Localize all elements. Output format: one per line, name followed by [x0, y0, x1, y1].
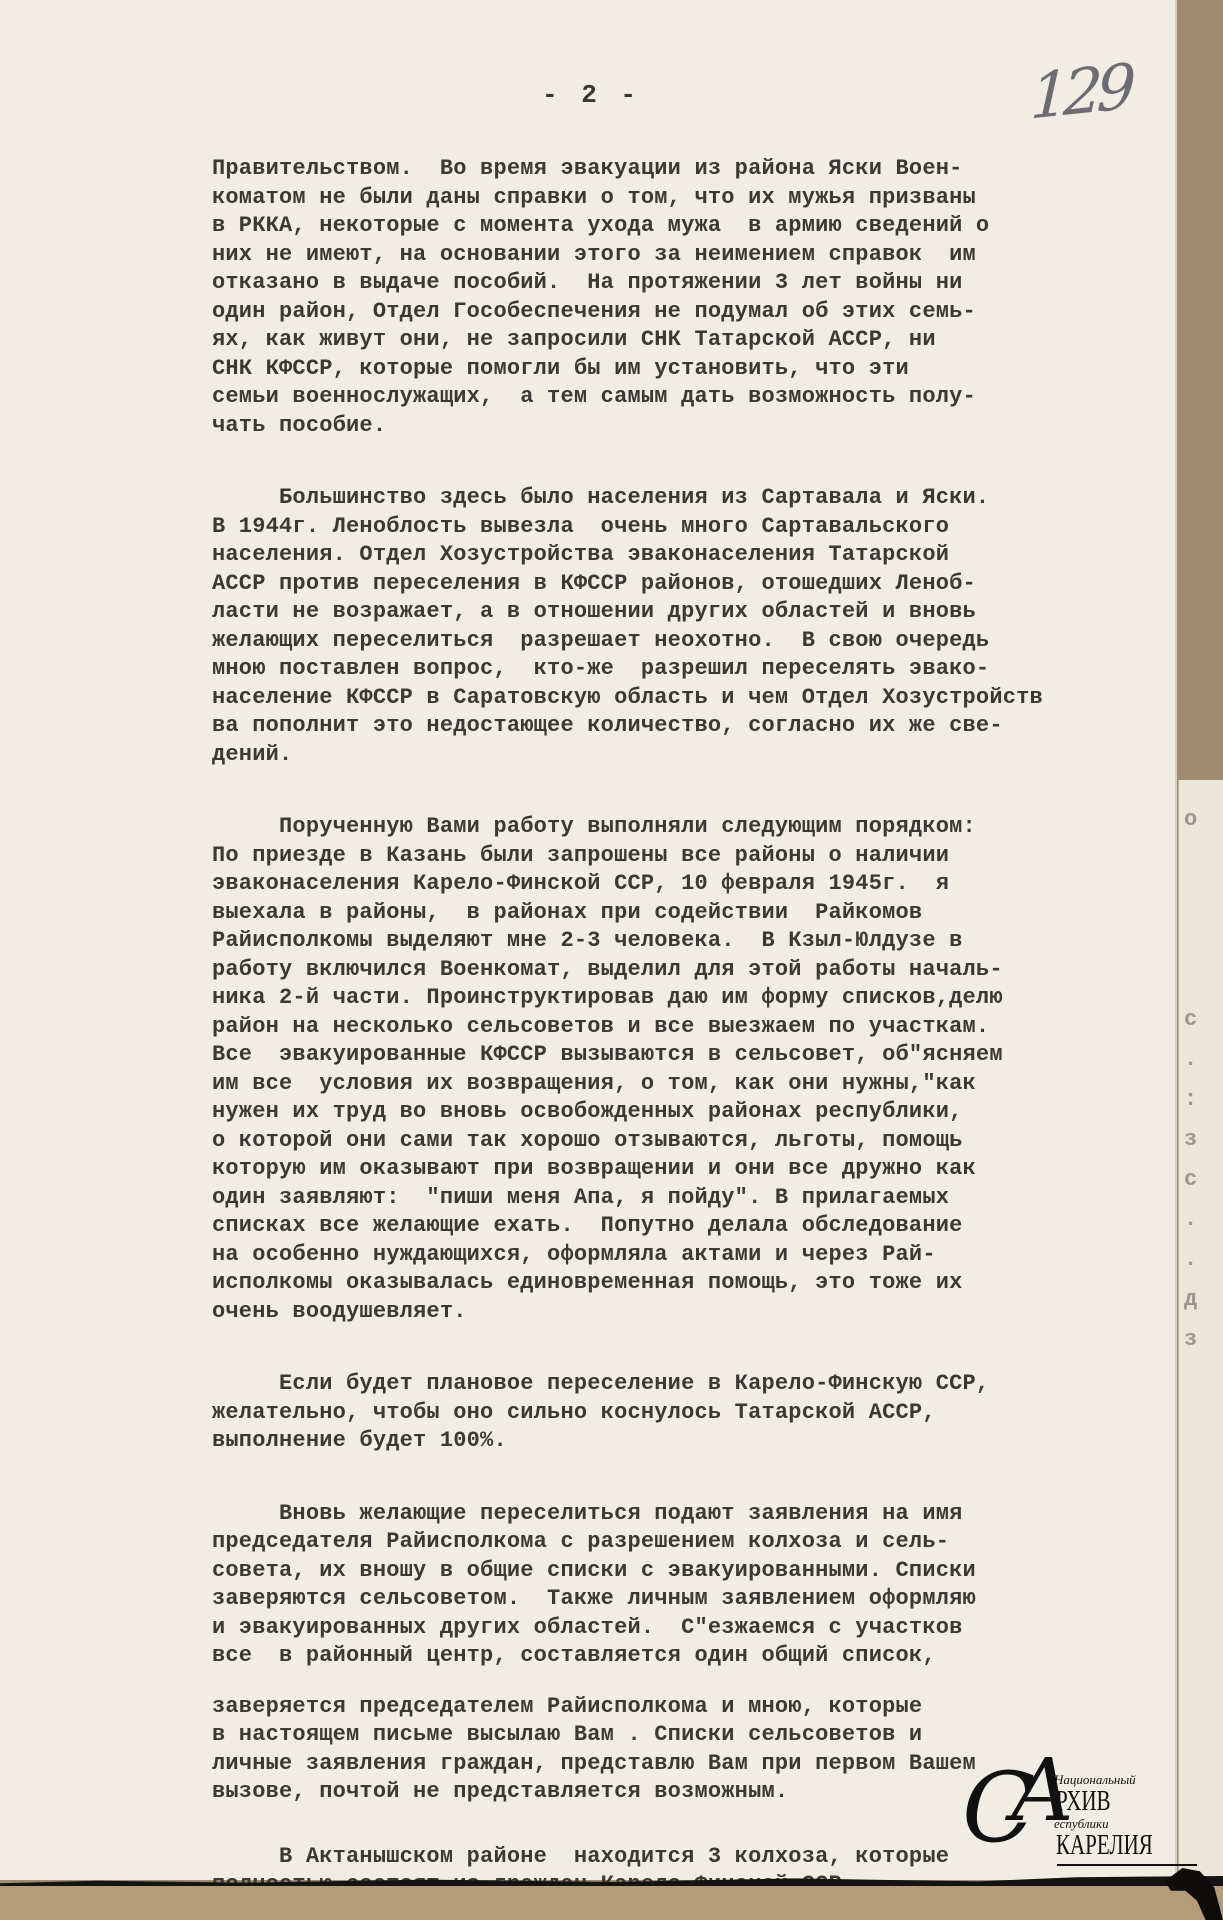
paragraph-5: Вновь желающие переселиться подают заявл…	[212, 1500, 1142, 1671]
text-line: исполкомы оказывалась единовременная пом…	[212, 1269, 1142, 1298]
text-line: в РККА, некоторые с момента ухода мужа в…	[212, 212, 1142, 241]
text-line: Большинство здесь было населения из Сарт…	[212, 484, 1142, 513]
text-line: Вновь желающие переселиться подают заявл…	[212, 1500, 1142, 1529]
text-line: коматом не были даны справки о том, что …	[212, 184, 1142, 213]
text-line: ва пополнит это недостающее количество, …	[212, 712, 1142, 741]
text-line: Все эвакуированные КФССР вызываются в се…	[212, 1041, 1142, 1070]
text-line: мною поставлен вопрос, кто-же разрешил п…	[212, 655, 1142, 684]
text-line: в настоящем письме высылаю Вам . Списки …	[212, 1721, 1142, 1750]
text-line: желательно, чтобы оно сильно коснулось Т…	[212, 1399, 1142, 1428]
text-line: нужен их труд во вновь освобожденных рай…	[212, 1098, 1142, 1127]
text-line: эваконаселения Карело-Финской ССР, 10 фе…	[212, 870, 1142, 899]
document-body: Правительством. Во время эвакуации из ра…	[212, 155, 1142, 1900]
paragraph-3: Порученную Вами работу выполняли следующ…	[212, 813, 1142, 1326]
logo-underline	[1057, 1864, 1197, 1866]
text-line: на особенно нуждающихся, оформляла актам…	[212, 1241, 1142, 1270]
underlying-page-strip	[0, 1886, 1223, 1920]
page-number: - 2 -	[542, 80, 640, 110]
underlying-sheet-text: о с . : з с . . д з	[1184, 800, 1223, 1800]
text-line: Порученную Вами работу выполняли следующ…	[212, 813, 1142, 842]
text-line: которую им оказывают при возвращении и о…	[212, 1155, 1142, 1184]
text-line: семьи военнослужащих, а тем самым дать в…	[212, 383, 1142, 412]
text-line: о которой они сами так хорошо отзываются…	[212, 1127, 1142, 1156]
text-line: один заявляют: "пиши меня Апа, я пойду".…	[212, 1184, 1142, 1213]
text-line: отказано в выдаче пособий. На протяжении…	[212, 269, 1142, 298]
text-line: ника 2-й части. Проинструктировав даю им…	[212, 984, 1142, 1013]
text-line: и эвакуированных других областей. С"езжа…	[212, 1614, 1142, 1643]
text-line: все в районный центр, составляется один …	[212, 1642, 1142, 1671]
text-line: совета, их вношу в общие списки с эвакуи…	[212, 1557, 1142, 1586]
text-line: СНК КФССР, которые помогли бы им установ…	[212, 355, 1142, 384]
text-line: желающих переселиться разрешает неохотно…	[212, 627, 1142, 656]
text-line: заверяется председателем Райисполкома и …	[212, 1693, 1142, 1722]
text-line: По приезде в Казань были запрошены все р…	[212, 842, 1142, 871]
text-line: списках все желающие ехать. Попутно дела…	[212, 1212, 1142, 1241]
text-line: ласти не возражает, а в отношении других…	[212, 598, 1142, 627]
text-line: выехала в районы, в районах при содейств…	[212, 899, 1142, 928]
text-line: заверяются сельсоветом. Также личным зая…	[212, 1585, 1142, 1614]
text-line: населения. Отдел Хозустройства эваконасе…	[212, 541, 1142, 570]
text-line: председателя Райисполкома с разрешением …	[212, 1528, 1142, 1557]
text-line: ях, как живут они, не запросили СНК Тата…	[212, 326, 1142, 355]
document-page: - 2 - 129 Правительством. Во время эваку…	[0, 0, 1175, 1880]
text-line: АССР против переселения в КФССР районов,…	[212, 570, 1142, 599]
text-line: Райисполкомы выделяют мне 2-3 человека. …	[212, 927, 1142, 956]
text-line: выполнение будет 100%.	[212, 1427, 1142, 1456]
logo-line-archive: РХИВ	[1056, 1788, 1111, 1816]
logo-line-karelia: КАРЕЛИЯ	[1056, 1832, 1153, 1860]
text-line: Правительством. Во время эвакуации из ра…	[212, 155, 1142, 184]
paragraph-1: Правительством. Во время эвакуации из ра…	[212, 155, 1142, 440]
text-line: район на несколько сельсоветов и все вые…	[212, 1013, 1142, 1042]
text-line: них не имеют, на основании этого за неим…	[212, 241, 1142, 270]
text-line: Если будет плановое переселение в Карело…	[212, 1370, 1142, 1399]
text-line: население КФССР в Саратовскую область и …	[212, 684, 1142, 713]
text-line: им все условия их возвращения, о том, ка…	[212, 1070, 1142, 1099]
text-line: чать пособие.	[212, 412, 1142, 441]
text-line: один район, Отдел Гособеспечения не поду…	[212, 298, 1142, 327]
text-line: работу включился Военкомат, выделил для …	[212, 956, 1142, 985]
paragraph-4: Если будет плановое переселение в Карело…	[212, 1370, 1142, 1456]
text-line: В 1944г. Леноблость вывезла очень много …	[212, 513, 1142, 542]
paragraph-2: Большинство здесь было населения из Сарт…	[212, 484, 1142, 769]
text-line: дений.	[212, 741, 1142, 770]
handwritten-folio-number: 129	[1029, 49, 1131, 133]
text-line: очень воодушевляет.	[212, 1298, 1142, 1327]
archive-logo: С А Национальный РХИВ еспублики КАРЕЛИЯ	[962, 1770, 1197, 1865]
